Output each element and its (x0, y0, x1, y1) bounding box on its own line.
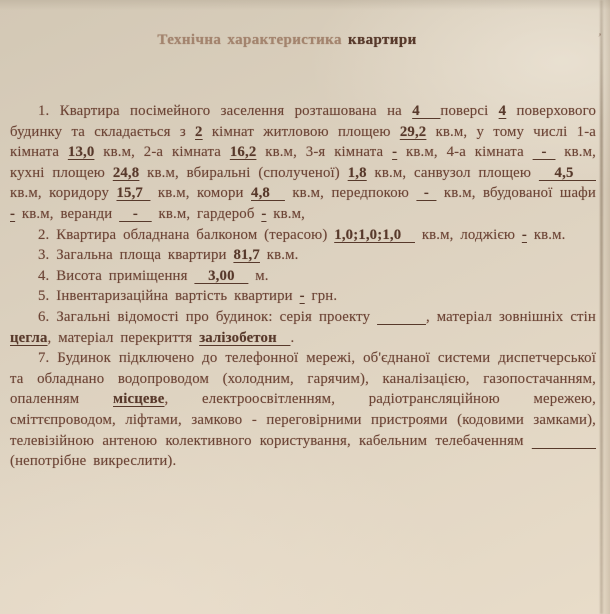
page-right-edge (603, 0, 610, 614)
text-run: кв.м. (527, 227, 566, 243)
filled-blank-value: 4 (412, 103, 440, 119)
scanned-document-page: Технічна характеристика квартири ʼ 1. Кв… (0, 0, 610, 614)
text-run: . (290, 330, 294, 346)
text-run: кв.м, вбудованої шафи (436, 185, 602, 201)
text-run: кв.м. (260, 247, 299, 263)
text-run: , матеріал перекриття (48, 330, 200, 346)
title-text-bold: квартири (348, 32, 417, 48)
filled-blank-value: 15,7 (116, 185, 150, 201)
title-text-faded: Технічна характеристика (157, 32, 348, 48)
text-run: кв.м, 2-а кімната (94, 144, 229, 160)
filled-blank-value: цегла (10, 330, 48, 346)
text-run: 1. Квартира посімейного заселення розташ… (38, 103, 412, 119)
text-run: , матеріал зовнішніх стін (426, 309, 603, 325)
text-run: 5. Інвентаризаційна вартість квартири (38, 288, 300, 304)
text-run: 6. Загальні відомості про будинок: серія… (38, 309, 377, 325)
filled-blank-value: 24,8 (113, 165, 140, 181)
filled-blank-value: 13,0 (68, 144, 95, 160)
text-run: 4. Висота приміщення (38, 268, 194, 284)
text-run: кв.м, вбиральні (сполученої) (139, 165, 347, 181)
filled-blank-value: залізобетон (199, 330, 290, 346)
filled-blank-value: 4,8 (251, 185, 285, 201)
filled-blank-value: 29,2 (400, 124, 427, 140)
filled-blank-value: - (533, 144, 556, 160)
text-run: 2. Квартира обладнана балконом (терасою) (38, 227, 334, 243)
text-run: кв.м, комори (150, 185, 251, 201)
text-run: кв.м, лоджією (415, 227, 522, 243)
filled-blank-value: 2 (195, 124, 203, 140)
text-run: кв.м, передпокою (285, 185, 417, 201)
filled-blank-value (377, 309, 426, 325)
scan-top-shadow (0, 0, 610, 10)
text-run: кв.м, 3-я кімната (256, 144, 392, 160)
paragraph-2: 2. Квартира обладнана балконом (терасою)… (10, 225, 596, 246)
text-run: кв.м, санвузол площею (367, 165, 539, 181)
text-run: кв.м, 4-а кімната (397, 144, 532, 160)
text-run: грн. (305, 288, 338, 304)
filled-blank-value: 16,2 (230, 144, 257, 160)
paragraph-5: 5. Інвентаризаційна вартість квартири - … (10, 286, 596, 307)
paragraph-6: 6. Загальні відомості про будинок: серія… (10, 307, 596, 348)
paragraph-1: 1. Квартира посімейного заселення розташ… (10, 101, 596, 225)
filled-blank-value: місцеве (113, 391, 164, 407)
text-run: м. (248, 268, 268, 284)
filled-blank-value (532, 433, 596, 449)
paragraph-4: 4. Висота приміщення 3,00 м. (10, 266, 596, 287)
paragraph-7: 7. Будинок підключено до телефонної мере… (10, 348, 596, 472)
filled-blank-value: 81,7 (233, 247, 260, 263)
text-run: 3. Загальна площа квартири (38, 247, 233, 263)
document-body: 1. Квартира посімейного заселення розташ… (10, 101, 596, 472)
document-title: Технічна характеристика квартири ʼ (10, 30, 564, 50)
paragraph-3: 3. Загальна площа квартири 81,7 кв.м. (10, 245, 596, 266)
text-run: поверсі (440, 103, 498, 119)
filled-blank-value: - (416, 185, 436, 201)
text-run: кв.м, (266, 206, 305, 222)
filled-blank-value: 3,00 (194, 268, 248, 284)
text-run: кв.м, гардероб (152, 206, 262, 222)
page-edge-fold-shadow (600, 0, 603, 614)
filled-blank-value: 4,5 (539, 165, 596, 181)
text-run: кв.м, веранди (15, 206, 119, 222)
filled-blank-value: 1,0;1,0;1,0 (334, 227, 415, 243)
text-run: кімнат житловою площею (203, 124, 400, 140)
filled-blank-value: - (119, 206, 151, 222)
filled-blank-value: 1,8 (348, 165, 367, 181)
